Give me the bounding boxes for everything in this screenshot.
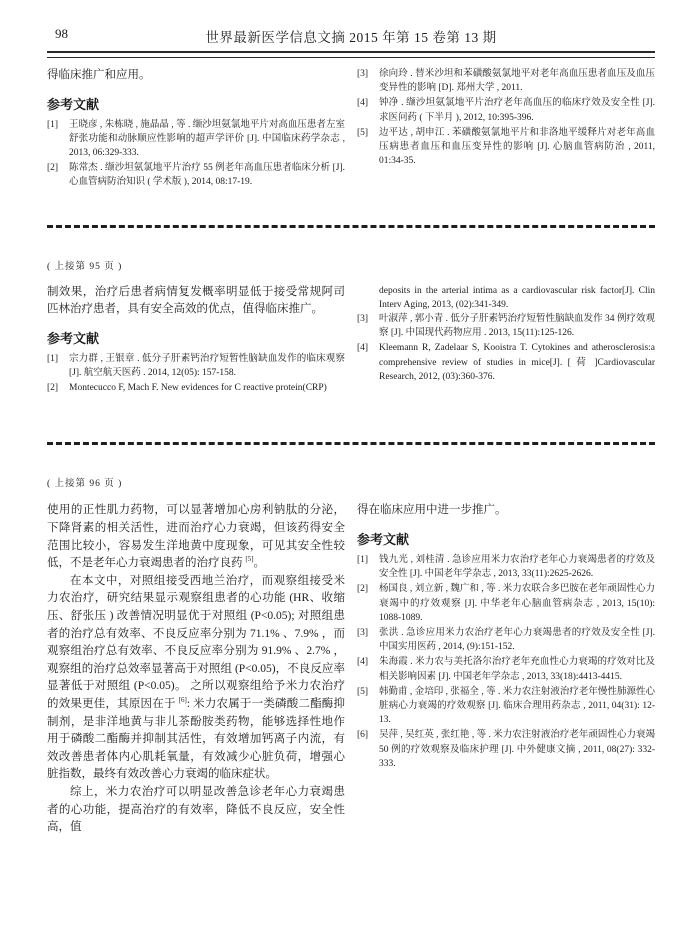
citation-superscript: [6] (179, 696, 187, 704)
page-header: 98 世界最新医学信息文摘 2015 年第 15 卷第 13 期 (47, 26, 655, 48)
reference-number: [6] (357, 728, 368, 742)
reference-text: Montecucco F, Mach F. New evidences for … (69, 383, 327, 393)
reference-list: [3] 徐向玲 . 替米沙坦和苯磺酸氨氯地平对老年高血压患者血压及血压变异性的影… (357, 67, 655, 168)
reference-number: [5] (357, 685, 368, 699)
reference-item: [5] 边平达 , 胡申江 . 苯磺酸氨氯地平片和非洛地平缓释片对老年高血压病患… (357, 126, 655, 169)
reference-text: 徐向玲 . 替米沙坦和苯磺酸氨氯地平对老年高血压患者血压及血压变异性的影响 [D… (379, 69, 655, 93)
section-3-right-column: 得在临床应用中进一步推广。 参考文献 [1] 钱九光 , 刘桂清 . 急诊应用米… (357, 502, 655, 836)
reference-item: [2] 杨国良 , 刘立新 , 魏广和 , 等 . 米力农联合多巴胺在老年顽固性… (357, 582, 655, 625)
citation-superscript: [5] (245, 555, 253, 563)
reference-text: Kleemann R, Zadelaar S, Kooistra T. Cyto… (379, 343, 655, 381)
references-heading: 参考文献 (47, 94, 345, 113)
journal-title: 世界最新医学信息文摘 2015 年第 15 卷第 13 期 (47, 26, 655, 46)
reference-number: [2] (357, 582, 368, 596)
reference-item: [1] 钱九光 , 刘桂清 . 急诊应用米力农治疗老年心力衰竭患者的疗效及安全性… (357, 553, 655, 581)
reference-list: [1] 宗力群 , 王银章 . 低分子肝素钙治疗短暂性脑缺血发作的临床观察 [J… (47, 352, 345, 396)
body-paragraph: 综上，米力农治疗可以明显改善急诊老年心力衰竭患者的心功能，提高治疗的有效率，降低… (47, 784, 345, 837)
closing-sentence: 得临床推广和应用。 (47, 67, 345, 85)
reference-text: 吴萍 , 吴红英 , 张红艳 , 等 . 米力农注射液治疗老年顽固性心力衰竭 5… (379, 730, 655, 768)
reference-item: [4] 钟净 . 缬沙坦氨氯地平片治疗老年高血压的临床疗效及安全性 [J]. 求… (357, 96, 655, 124)
reference-text: 宗力群 , 王银章 . 低分子肝素钙治疗短暂性脑缺血发作的临床观察 [J]. 航… (69, 354, 345, 378)
journal-page: 98 世界最新医学信息文摘 2015 年第 15 卷第 13 期 得临床推广和应… (0, 0, 700, 950)
reference-item: [2] 陈常杰 . 缬沙坦氨氯地平片治疗 55 例老年高血压患者临床分析 [J]… (47, 161, 345, 189)
reference-number: [3] (357, 67, 368, 81)
reference-item: [3] 叶淑萍 , 郭小青 . 低分子肝素钙治疗短暂性脑缺血发作 34 例疗效观… (357, 312, 655, 340)
reference-number: [1] (357, 553, 368, 567)
reference-text: 边平达 , 胡申江 . 苯磺酸氨氯地平片和非洛地平缓释片对老年高血压病患者血压和… (379, 128, 655, 166)
reference-number: [4] (357, 655, 368, 669)
reference-number: [3] (357, 312, 368, 326)
reference-text: 杨国良 , 刘立新 , 魏广和 , 等 . 米力农联合多巴胺在老年顽固性心力衰竭… (379, 584, 655, 622)
reference-item: [1] 王晓彦 , 朱栋晓 , 施晶晶 , 等 . 缬沙坦氨氯地平片对高血压患者… (47, 118, 345, 161)
reference-item: [4] Kleemann R, Zadelaar S, Kooistra T. … (357, 341, 655, 384)
reference-text: 张洪 . 急诊应用米力农治疗老年心力衰竭患者的疗效及安全性 [J]. 中国实用医… (379, 628, 655, 652)
reference-number: [3] (357, 626, 368, 640)
reference-number: [1] (47, 352, 58, 366)
reference-list: [1] 钱九光 , 刘桂清 . 急诊应用米力农治疗老年心力衰竭患者的疗效及安全性… (357, 553, 655, 771)
paragraph-text: 。 (254, 557, 266, 569)
continued-from-note: ( 上接第 95 页 ) (47, 258, 655, 272)
closing-sentence: 得在临床应用中进一步推广。 (357, 502, 655, 520)
references-heading: 参考文献 (357, 529, 655, 548)
section-2: 制效果，治疗后患者病情复发概率明显低于接受常规阿司匹林治疗患者，具有安全高效的优… (47, 284, 655, 397)
section-1-right-column: [3] 徐向玲 . 替米沙坦和苯磺酸氨氯地平对老年高血压患者血压及血压变异性的影… (357, 67, 655, 191)
reference-item: [4] 朱海霞 . 米力农与美托洛尔治疗老年充血性心力衰竭的疗效对比及相关影响因… (357, 655, 655, 683)
section-1: 得临床推广和应用。 参考文献 [1] 王晓彦 , 朱栋晓 , 施晶晶 , 等 .… (47, 67, 655, 191)
paragraph-text: 使用的正性肌力药物，可以显著增加心房利钠肽的分泌，下降肾素的相关活性，进而治疗心… (47, 504, 345, 569)
paragraph-text: 在本文中，对照组接受西地兰治疗，而观察组接受米力农治疗，研究结果显示观察组患者的… (47, 575, 345, 710)
reference-item: [1] 宗力群 , 王银章 . 低分子肝素钙治疗短暂性脑缺血发作的临床观察 [J… (47, 352, 345, 380)
body-paragraph: 在本文中，对照组接受西地兰治疗，而观察组接受米力农治疗，研究结果显示观察组患者的… (47, 573, 345, 784)
reference-item: [6] 吴萍 , 吴红英 , 张红艳 , 等 . 米力农注射液治疗老年顽固性心力… (357, 728, 655, 771)
reference-text: 叶淑萍 , 郭小青 . 低分子肝素钙治疗短暂性脑缺血发作 34 例疗效观察 [J… (379, 314, 655, 338)
reference-item: [3] 徐向玲 . 替米沙坦和苯磺酸氨氯地平对老年高血压患者血压及血压变异性的影… (357, 67, 655, 95)
reference-text: 钱九光 , 刘桂清 . 急诊应用米力农治疗老年心力衰竭患者的疗效及安全性 [J]… (379, 555, 655, 579)
section-2-left-column: 制效果，治疗后患者病情复发概率明显低于接受常规阿司匹林治疗患者，具有安全高效的优… (47, 284, 345, 397)
paragraph-text: : 米力农属于一类磷酸二酯酶抑制剂，是非洋地黄与非儿茶酚胺类药物，能够选择性地作… (47, 698, 345, 780)
body-paragraph: 制效果，治疗后患者病情复发概率明显低于接受常规阿司匹林治疗患者，具有安全高效的优… (47, 284, 345, 319)
reference-number: [4] (357, 96, 368, 110)
reference-item: [3] 张洪 . 急诊应用米力农治疗老年心力衰竭患者的疗效及安全性 [J]. 中… (357, 626, 655, 654)
continued-from-note: ( 上接第 96 页 ) (47, 475, 655, 489)
reference-number: [4] (357, 341, 368, 355)
section-3: 使用的正性肌力药物，可以显著增加心房利钠肽的分泌，下降肾素的相关活性，进而治疗心… (47, 502, 655, 836)
header-rule (47, 51, 655, 58)
reference-text: 钟净 . 缬沙坦氨氯地平片治疗老年高血压的临床疗效及安全性 [J]. 求医问药 … (379, 98, 655, 122)
section-1-left-column: 得临床推广和应用。 参考文献 [1] 王晓彦 , 朱栋晓 , 施晶晶 , 等 .… (47, 67, 345, 191)
reference-item: [2] Montecucco F, Mach F. New evidences … (47, 381, 345, 395)
body-paragraph: 使用的正性肌力药物，可以显著增加心房利钠肽的分泌，下降肾素的相关活性，进而治疗心… (47, 502, 345, 572)
reference-text: 朱海霞 . 米力农与美托洛尔治疗老年充血性心力衰竭的疗效对比及相关影响因素 [J… (379, 657, 655, 681)
section-divider (47, 225, 655, 228)
section-2-right-column: deposits in the arterial intima as a car… (357, 284, 655, 397)
section-divider (47, 442, 655, 445)
reference-number: [2] (47, 381, 58, 395)
references-heading: 参考文献 (47, 328, 345, 347)
reference-item: [5] 韩勤甫 , 金培印 , 张福全 , 等 . 米力农注射液治疗老年慢性肺源… (357, 685, 655, 728)
reference-list: deposits in the arterial intima as a car… (357, 284, 655, 384)
reference-text: 韩勤甫 , 金培印 , 张福全 , 等 . 米力农注射液治疗老年慢性肺源性心脏病… (379, 687, 655, 725)
reference-text: 陈常杰 . 缬沙坦氨氯地平片治疗 55 例老年高血压患者临床分析 [J]. 心血… (69, 163, 345, 187)
reference-continuation: deposits in the arterial intima as a car… (357, 284, 655, 312)
reference-list: [1] 王晓彦 , 朱栋晓 , 施晶晶 , 等 . 缬沙坦氨氯地平片对高血压患者… (47, 118, 345, 190)
reference-text: 王晓彦 , 朱栋晓 , 施晶晶 , 等 . 缬沙坦氨氯地平片对高血压患者左室舒张… (69, 120, 345, 158)
section-3-left-column: 使用的正性肌力药物，可以显著增加心房利钠肽的分泌，下降肾素的相关活性，进而治疗心… (47, 502, 345, 836)
reference-number: [5] (357, 126, 368, 140)
reference-number: [1] (47, 118, 58, 132)
reference-number: [2] (47, 161, 58, 175)
